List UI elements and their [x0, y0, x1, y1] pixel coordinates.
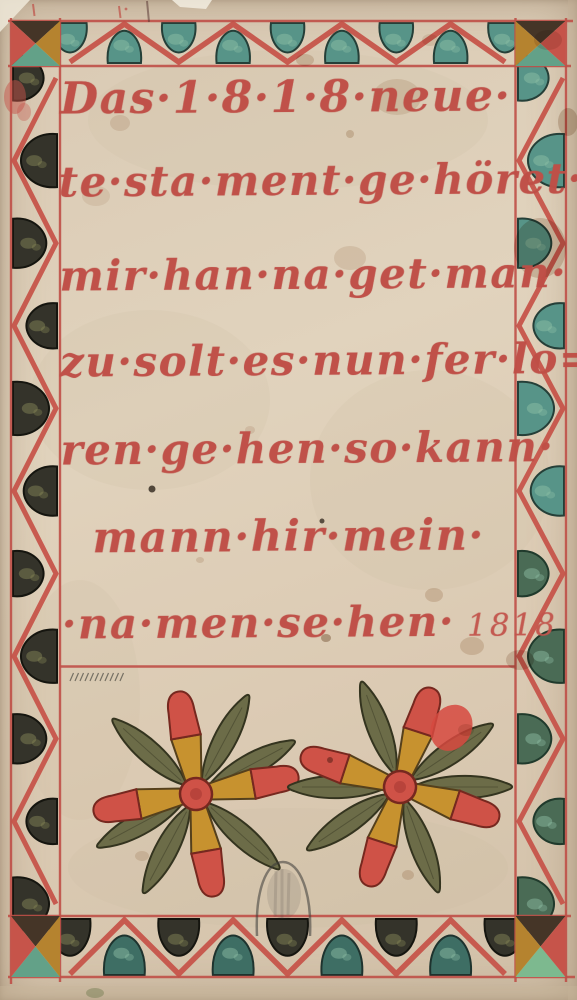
inscription-line-3: mir·han·na·get·man· [59, 248, 514, 300]
inscription-line-1: Das·1·8·1·8·neue· [58, 70, 513, 124]
corner-top-left [11, 21, 60, 66]
inscription-block: Das·1·8·1·8·neue· te·sta·ment·ge·höret· … [58, 64, 517, 669]
inscription-line-4: zu·solt·es·nun·fer·lo= [60, 334, 515, 386]
pen-marks [33, 1, 149, 22]
inscription-line-5: ren·ge·hen·so·kann· [60, 422, 515, 474]
bottom-border-band [50, 919, 526, 975]
inscription-line-7: ·na·men·se·hen·1818 [62, 596, 517, 648]
corner-bottom-right [516, 916, 566, 977]
inscription-line-7-text: ·na·men·se·hen· [62, 597, 456, 649]
year-mark: 1818 [467, 607, 558, 644]
inscription-line-2: te·sta·ment·ge·höret· [59, 154, 514, 206]
fraktur-bookplate-page: Das·1·8·1·8·neue· te·sta·ment·ge·höret· … [0, 0, 577, 1000]
left-border-band [13, 55, 57, 930]
corner-bottom-left [11, 916, 60, 977]
flower-petal [207, 761, 301, 806]
inscription-line-6: mann·hir·mein· [61, 510, 516, 563]
